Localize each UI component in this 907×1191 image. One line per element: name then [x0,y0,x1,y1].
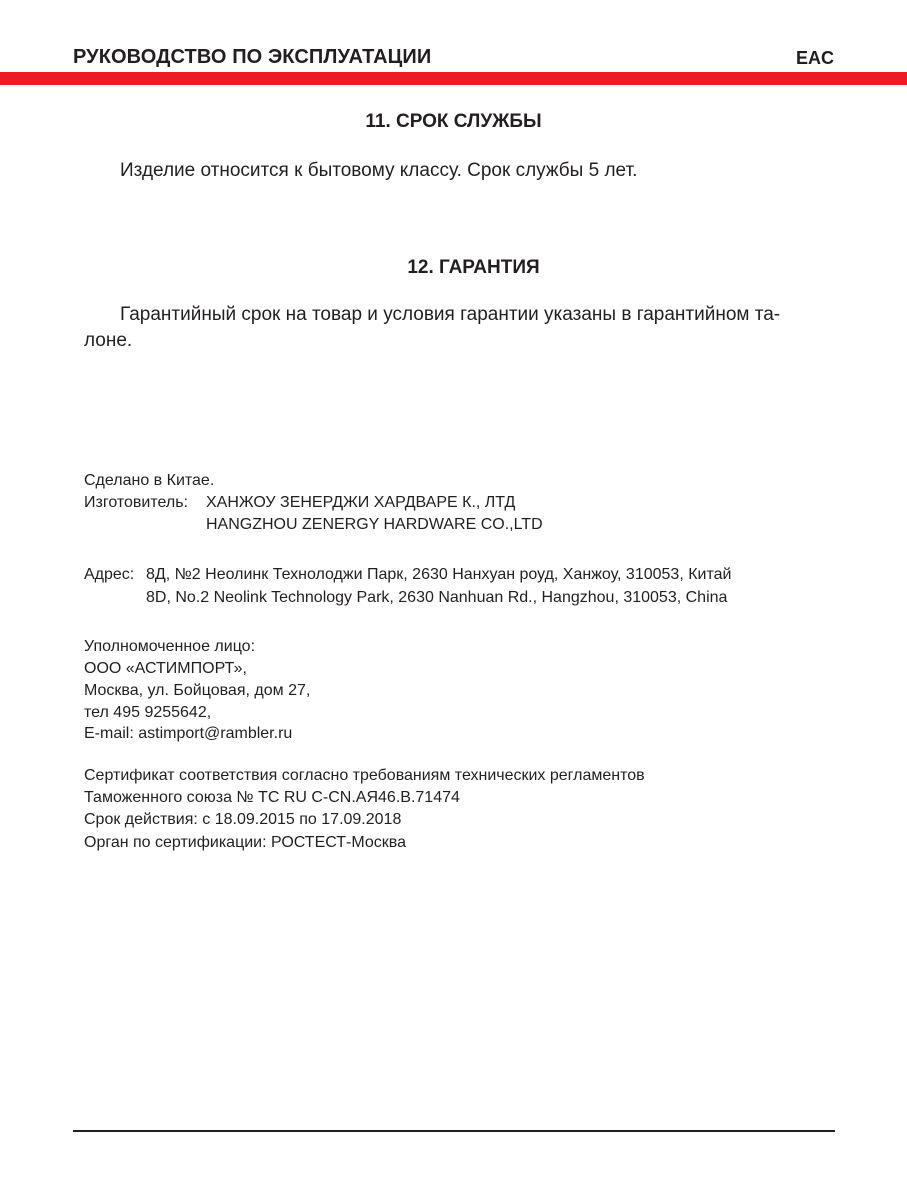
certificate-number: Таможенного союза № ТС RU С-CN.АЯ46.В.71… [84,787,460,809]
address-en: 8D, No.2 Neolink Technology Park, 2630 N… [146,587,727,609]
header-accent-bar [0,72,907,85]
authorized-phone: тел 495 9255642, [84,702,211,724]
footer-rule [73,1130,835,1132]
address-label: Адрес: [84,564,134,586]
manufacturer-name-en: HANGZHOU ZENERGY HARDWARE CO.,LTD [206,514,543,536]
made-in-text: Сделано в Китае. [84,470,214,492]
manufacturer-label: Изготовитель: [84,492,188,514]
authorized-email: E-mail: astimport@rambler.ru [84,723,292,745]
manufacturer-name-ru: ХАНЖОУ ЗЕНЕРДЖИ ХАРДВАРЕ К., ЛТД [206,492,515,514]
certification-body: Орган по сертификации: РОСТЕСТ-Москва [84,832,406,854]
address-ru: 8Д, №2 Неолинк Технолоджи Парк, 2630 Нан… [146,564,731,586]
authorized-address: Москва, ул. Бойцовая, дом 27, [84,680,310,702]
document-title: РУКОВОДСТВО ПО ЭКСПЛУАТАЦИИ [73,46,431,69]
authorized-company: ООО «АСТИМПОРТ», [84,658,247,680]
certificate-validity: Срок действия: с 18.09.2015 по 17.09.201… [84,809,401,831]
section-title-service-life: 11. СРОК СЛУЖБЫ [0,111,907,133]
eac-mark: EAC [796,48,834,69]
warranty-text-line1: Гарантийный срок на товар и условия гара… [120,302,780,328]
warranty-text-line2: лоне. [84,328,132,354]
section-title-warranty: 12. ГАРАНТИЯ [0,257,907,279]
authorized-label: Уполномоченное лицо: [84,636,255,658]
certificate-line1: Сертификат соответствия согласно требова… [84,765,645,787]
service-life-text: Изделие относится к бытовому классу. Сро… [120,158,637,184]
